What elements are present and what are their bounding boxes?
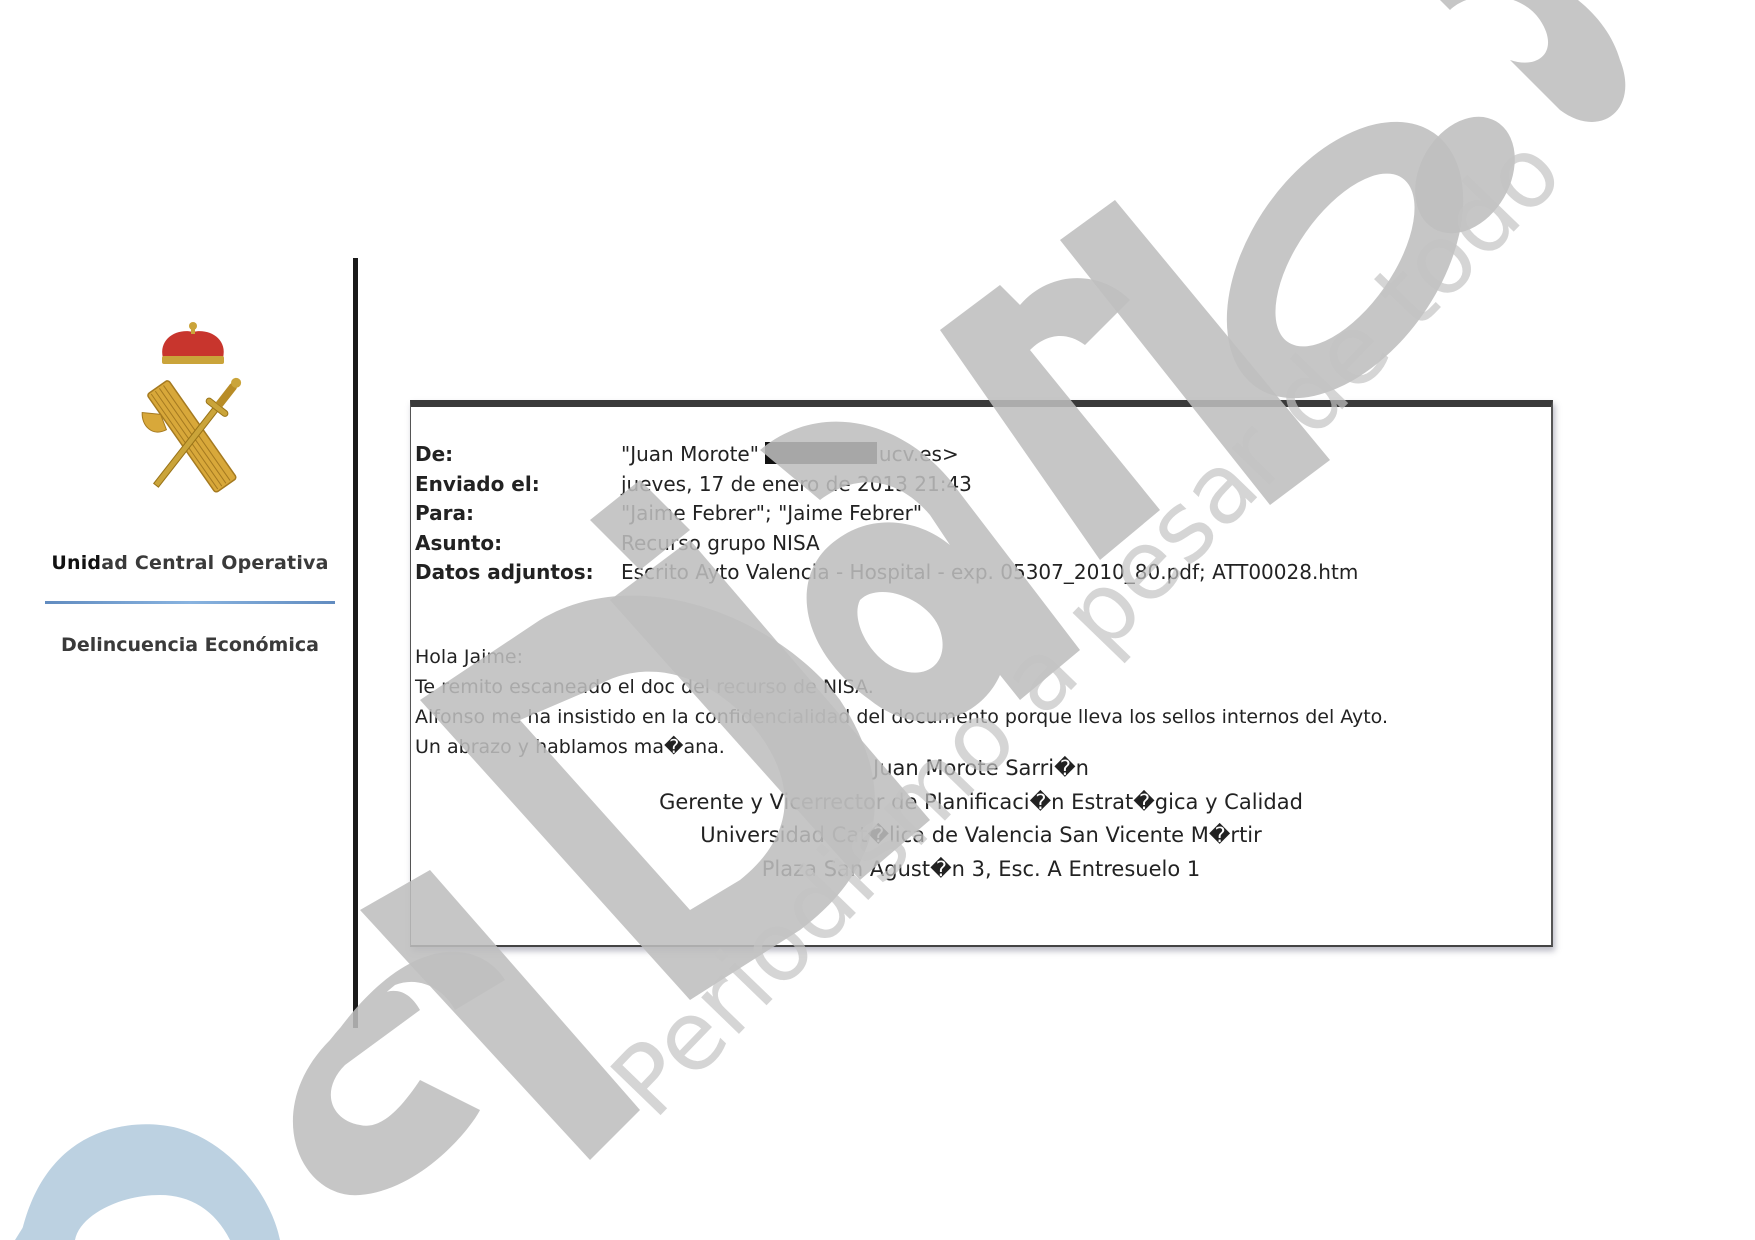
- email-printout: De: "Juan Morote"ucv.es> Enviado el: jue…: [410, 400, 1553, 947]
- unit-subtitle: Delincuencia Económica: [40, 634, 340, 656]
- body-line: Hola Jaime:: [415, 642, 1388, 672]
- body-line: Alfonso me ha insistido en la confidenci…: [415, 702, 1388, 732]
- header-subject: Asunto: Recurso grupo NISA: [415, 529, 1358, 559]
- header-sent: Enviado el: jueves, 17 de enero de 2013 …: [415, 470, 1358, 500]
- header-value: "Jaime Febrer"; "Jaime Febrer": [621, 499, 922, 529]
- header-value: Recurso grupo NISA: [621, 529, 820, 559]
- header-value: "Juan Morote"ucv.es>: [621, 440, 959, 470]
- header-label: Para:: [415, 499, 621, 529]
- redaction-bar: [765, 442, 877, 464]
- header-attachments: Datos adjuntos: Escrito Ayto Valencia - …: [415, 558, 1358, 588]
- signature-line: Universidad Cat�lica de Valencia San Vic…: [411, 819, 1551, 853]
- vertical-divider: [353, 258, 358, 1028]
- header-value: jueves, 17 de enero de 2013 21:43: [621, 470, 972, 500]
- header-label: Asunto:: [415, 529, 621, 559]
- signature-line: Juan Morote Sarri�n: [411, 752, 1551, 786]
- header-label: Datos adjuntos:: [415, 558, 621, 588]
- email-body: Hola Jaime: Te remito escaneado el doc d…: [415, 642, 1388, 762]
- unit-title: Unidad Central Operativa: [40, 552, 340, 574]
- header-label: De:: [415, 440, 621, 470]
- header-from: De: "Juan Morote"ucv.es>: [415, 440, 1358, 470]
- signature-line: Gerente y Vicerrector de Planificaci�n E…: [411, 786, 1551, 820]
- header-value: Escrito Ayto Valencia - Hospital - exp. …: [621, 558, 1358, 588]
- email-headers: De: "Juan Morote"ucv.es> Enviado el: jue…: [415, 440, 1358, 588]
- header-to: Para: "Jaime Febrer"; "Jaime Febrer": [415, 499, 1358, 529]
- signature-line: Plaza San Agust�n 3, Esc. A Entresuelo 1: [411, 853, 1551, 887]
- email-signature: Juan Morote Sarri�n Gerente y Vicerrecto…: [411, 752, 1551, 886]
- body-line: Te remito escaneado el doc del recurso d…: [415, 672, 1388, 702]
- unit-divider: [45, 601, 335, 604]
- guardia-civil-emblem-icon: [118, 318, 268, 508]
- header-label: Enviado el:: [415, 470, 621, 500]
